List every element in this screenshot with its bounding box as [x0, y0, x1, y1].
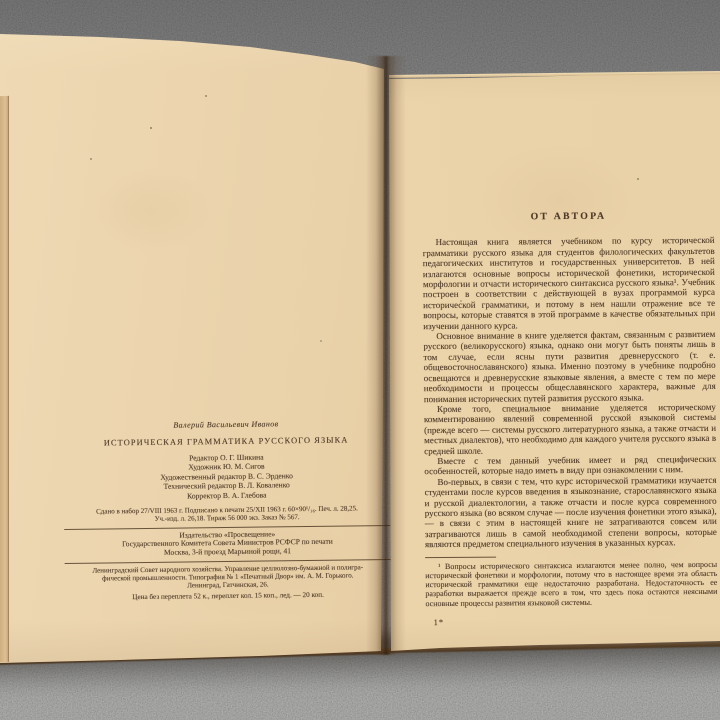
- from-author-heading: ОТ АВТОРА: [422, 211, 714, 224]
- paragraph: Настоящая книга является учебником по ку…: [423, 235, 716, 331]
- book-title: ИСТОРИЧЕСКАЯ ГРАММАТИКА РУССКОГО ЯЗЫКА: [61, 435, 391, 448]
- printer-block: Ленинградский Совет народного хозяйства.…: [63, 563, 393, 592]
- publisher-block: Издательство «Просвещение» Государственн…: [62, 529, 392, 559]
- gutter-fold-shadow: [366, 56, 406, 655]
- from-author-block: ОТ АВТОРА Настоящая книга является учебн…: [422, 211, 717, 628]
- footnote-text: ¹ Вопросы исторического синтаксиса излаг…: [425, 559, 717, 608]
- imprint-block: Сдано в набор 27/VIII 1963 г. Подписано …: [62, 504, 392, 525]
- signature-mark: 1*: [434, 615, 718, 628]
- colophon-block: Валерий Васильевич Иванов ИСТОРИЧЕСКАЯ Г…: [61, 418, 393, 602]
- credits-block: Редактор О. Г. Шикина Художник Ю. М. Сиг…: [61, 451, 392, 502]
- paragraph: Во-первых, в связи с тем, что курс истор…: [424, 475, 717, 550]
- paper-specks: [150, 127, 152, 129]
- open-book-photo: Валерий Васильевич Иванов ИСТОРИЧЕСКАЯ Г…: [0, 0, 720, 720]
- paragraph: Вместе с тем данный учебник имеет и ряд …: [424, 454, 716, 477]
- page-stack-fore-edge: [0, 96, 9, 662]
- paragraph: Основное внимание в книге уделяется факт…: [423, 329, 716, 404]
- footnote-rule: [425, 556, 496, 558]
- paragraph: Кроме того, специальное внимание уделяет…: [424, 402, 716, 456]
